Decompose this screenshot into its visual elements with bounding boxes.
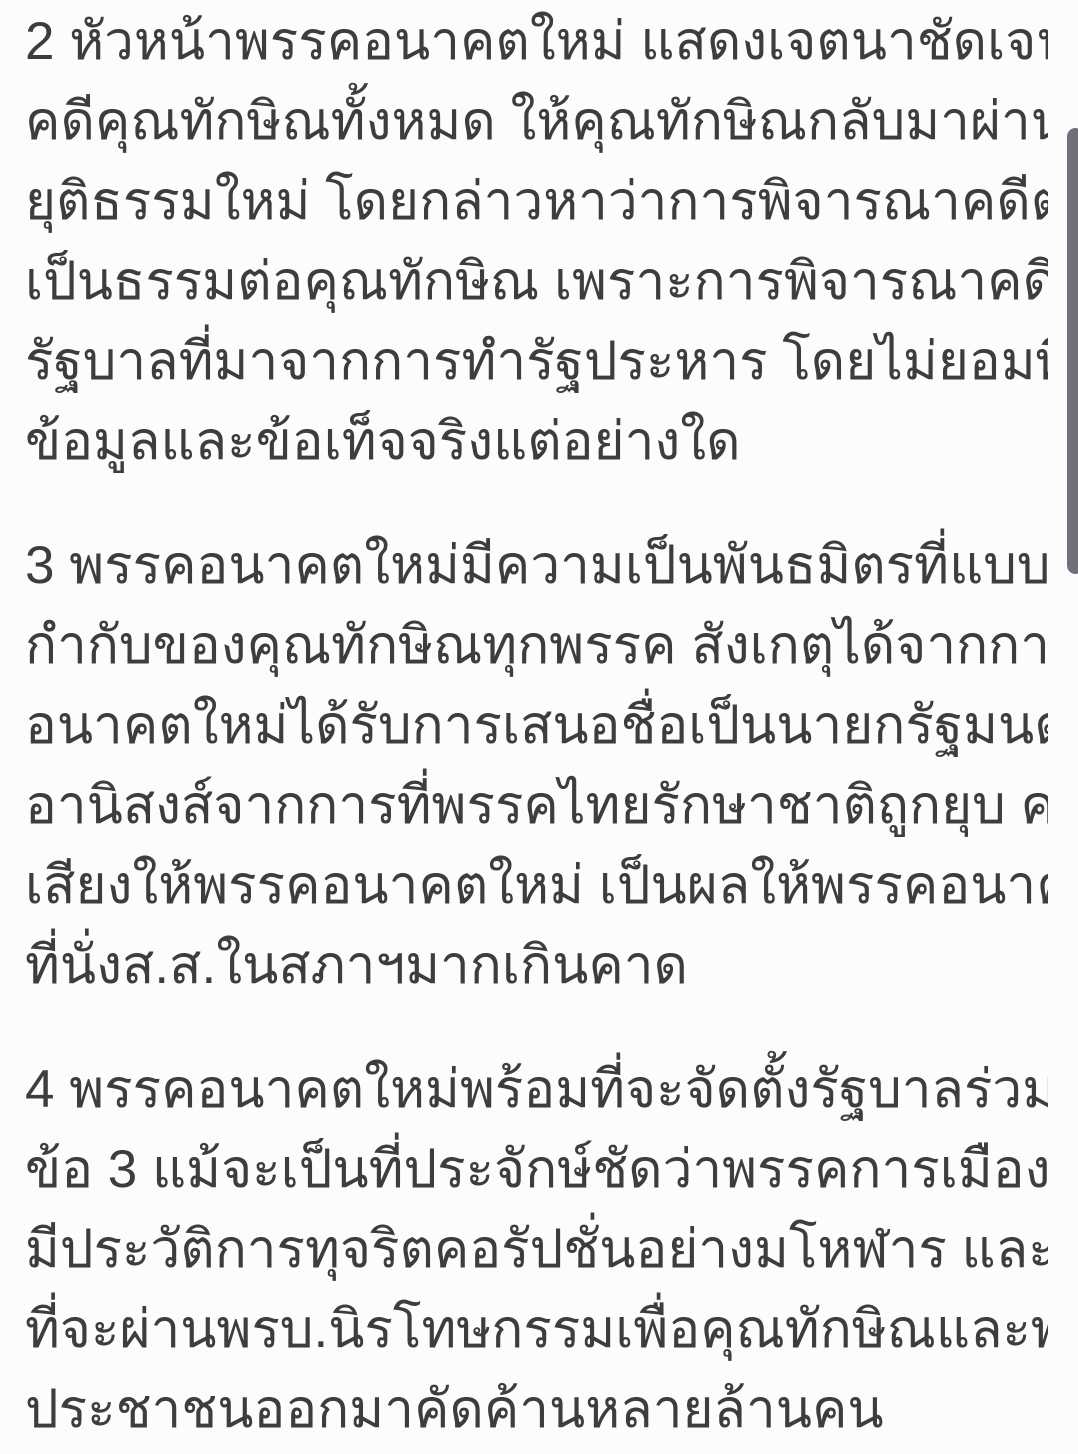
text-line: เป็นธรรมต่อคุณทักษิณ เพราะการพิจารณาคดีเ…	[25, 242, 1048, 322]
text-line: 3 พรรคอนาคตใหม่มีความเป็นพันธมิตรที่แบบแ…	[25, 526, 1048, 606]
text-line: รัฐบาลที่มาจากการทำรัฐประหาร โดยไม่ยอมพิ…	[25, 322, 1048, 402]
text-line: อนาคตใหม่ได้รับการเสนอชื่อเป็นนายกรัฐมนต…	[25, 686, 1048, 766]
text-line: กำกับของคุณทักษิณทุกพรรค สังเกตุได้จากกา…	[25, 606, 1048, 686]
text-line: เสียงให้พรรคอนาคตใหม่ เป็นผลให้พรรคอนาคต…	[25, 846, 1048, 926]
document-page: 2 หัวหน้าพรรคอนาคตใหม่ แสดงเจตนาชัดเจนว่…	[0, 0, 1078, 1454]
text-line: คดีคุณทักษิณทั้งหมด ให้คุณทักษิณกลับมาผ่…	[25, 82, 1048, 162]
paragraph-3: 3 พรรคอนาคตใหม่มีความเป็นพันธมิตรที่แบบแ…	[25, 526, 1048, 1006]
text-line: ข้อมูลและข้อเท็จจริงแต่อย่างใด	[25, 402, 1048, 482]
text-line: ที่จะผ่านพรบ.นิรโทษกรรมเพื่อคุณทักษิณและ…	[25, 1290, 1048, 1370]
text-line: อานิสงส์จากการที่พรรคไทยรักษาชาติถูกยุบ …	[25, 766, 1048, 846]
text-line: ประชาชนออกมาคัดค้านหลายล้านคน	[25, 1370, 1048, 1450]
text-line: ข้อ 3 แม้จะเป็นที่ประจักษ์ชัดว่าพรรคการเ…	[25, 1130, 1048, 1210]
paragraph-2: 2 หัวหน้าพรรคอนาคตใหม่ แสดงเจตนาชัดเจนว่…	[25, 2, 1048, 482]
text-line: มีประวัติการทุจริตคอรัปชั่นอย่างมโหฬาร แ…	[25, 1210, 1048, 1290]
text-line: 2 หัวหน้าพรรคอนาคตใหม่ แสดงเจตนาชัดเจนว่…	[25, 2, 1048, 82]
paragraph-4: 4 พรรคอนาคตใหม่พร้อมที่จะจัดตั้งรัฐบาลร่…	[25, 1050, 1048, 1450]
text-line: ที่นั่งส.ส.ในสภาฯมากเกินคาด	[25, 926, 1048, 1006]
scrollbar-thumb[interactable]	[1067, 128, 1078, 574]
text-line: ยุติธรรมใหม่ โดยกล่าวหาว่าการพิจารณาคดีต…	[25, 162, 1048, 242]
text-line: 4 พรรคอนาคตใหม่พร้อมที่จะจัดตั้งรัฐบาลร่…	[25, 1050, 1048, 1130]
